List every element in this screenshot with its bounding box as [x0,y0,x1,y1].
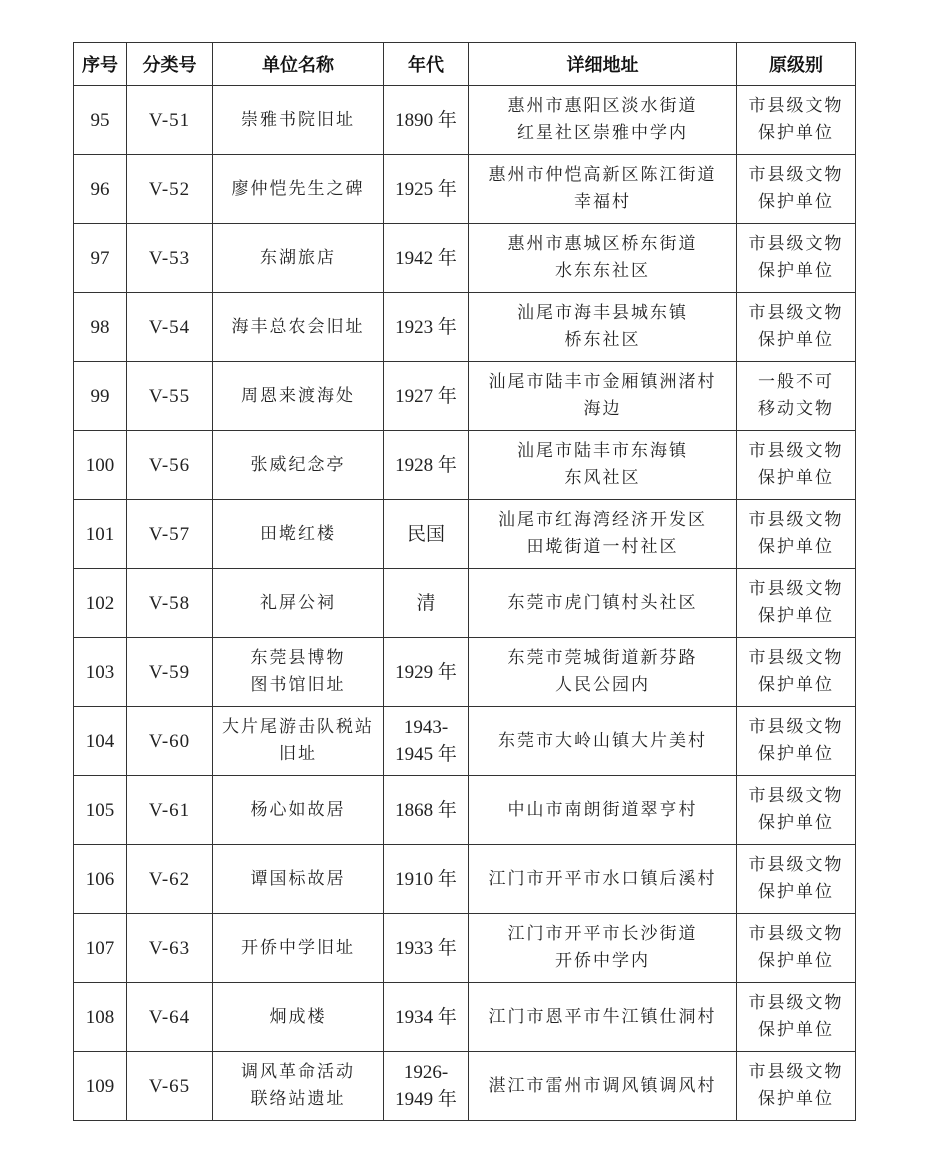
cell-address: 汕尾市海丰县城东镇桥东社区 [469,293,737,362]
cell-name-line: 海丰总农会旧址 [213,314,383,341]
cell-code: V-51 [127,86,213,155]
cell-name-line: 崇雅书院旧址 [213,107,383,134]
cell-name-line: 张威纪念亭 [213,452,383,479]
cell-era: 民国 [384,500,469,569]
cell-code: V-57 [127,500,213,569]
cell-no: 101 [74,500,127,569]
cell-era-line: 1945 年 [384,741,468,768]
cell-code: V-60 [127,707,213,776]
cell-era: 1928 年 [384,431,469,500]
cell-level-line: 市县级文物 [737,93,855,120]
cell-no: 104 [74,707,127,776]
cell-address-line: 开侨中学内 [469,948,736,975]
cell-era-line: 1929 年 [384,659,468,686]
cell-era-line: 民国 [384,521,468,548]
cell-name-line: 杨心如故居 [213,797,383,824]
cell-name-line: 谭国标故居 [213,866,383,893]
cell-level: 市县级文物保护单位 [737,707,856,776]
cell-era: 1926-1949 年 [384,1052,469,1121]
cell-address-line: 惠州市仲恺高新区陈江街道 [469,162,736,189]
cell-era-line: 1925 年 [384,176,468,203]
cell-name: 大片尾游击队税站旧址 [213,707,384,776]
cell-address: 东莞市虎门镇村头社区 [469,569,737,638]
cell-level-line: 市县级文物 [737,645,855,672]
cell-no: 107 [74,914,127,983]
cell-name-line: 图书馆旧址 [213,672,383,699]
cell-code: V-53 [127,224,213,293]
header-no: 序号 [74,43,127,86]
cell-address: 中山市南朗街道翠亨村 [469,776,737,845]
cell-name-line: 廖仲恺先生之碑 [213,176,383,203]
cell-name: 调风革命活动联络站遗址 [213,1052,384,1121]
cell-address: 惠州市仲恺高新区陈江街道幸福村 [469,155,737,224]
cell-no: 105 [74,776,127,845]
cell-no: 95 [74,86,127,155]
table-row: 109V-65调风革命活动联络站遗址1926-1949 年湛江市雷州市调风镇调风… [74,1052,856,1121]
cell-code: V-61 [127,776,213,845]
cell-no: 98 [74,293,127,362]
cell-address-line: 汕尾市陆丰市金厢镇洲渚村 [469,369,736,396]
cell-address-line: 红星社区崇雅中学内 [469,120,736,147]
cell-address-line: 桥东社区 [469,327,736,354]
cell-level-line: 市县级文物 [737,507,855,534]
cell-era-line: 1926- [384,1059,468,1086]
cell-code: V-63 [127,914,213,983]
cell-name: 东莞县博物图书馆旧址 [213,638,384,707]
cell-no: 103 [74,638,127,707]
table-row: 99V-55周恩来渡海处1927 年汕尾市陆丰市金厢镇洲渚村海边一般不可移动文物 [74,362,856,431]
cell-code: V-59 [127,638,213,707]
cell-address: 江门市恩平市牛江镇仕洞村 [469,983,737,1052]
cell-name-line: 旧址 [213,741,383,768]
cell-name: 周恩来渡海处 [213,362,384,431]
cell-era: 1933 年 [384,914,469,983]
cell-no: 108 [74,983,127,1052]
cell-name: 田墘红楼 [213,500,384,569]
cell-level: 市县级文物保护单位 [737,983,856,1052]
cell-address-line: 惠州市惠城区桥东街道 [469,231,736,258]
cell-era-line: 1927 年 [384,383,468,410]
cell-level-line: 保护单位 [737,189,855,216]
cell-level-line: 市县级文物 [737,1059,855,1086]
cell-name-line: 联络站遗址 [213,1086,383,1113]
header-address: 详细地址 [469,43,737,86]
cell-level-line: 保护单位 [737,948,855,975]
cell-level: 市县级文物保护单位 [737,224,856,293]
cell-level-line: 市县级文物 [737,438,855,465]
cell-level: 市县级文物保护单位 [737,293,856,362]
cell-no: 97 [74,224,127,293]
cell-no: 96 [74,155,127,224]
cell-code: V-65 [127,1052,213,1121]
cell-era-line: 1868 年 [384,797,468,824]
table-row: 95V-51崇雅书院旧址1890 年惠州市惠阳区淡水街道红星社区崇雅中学内市县级… [74,86,856,155]
cell-name-line: 东莞县博物 [213,645,383,672]
cell-level: 市县级文物保护单位 [737,776,856,845]
table-row: 96V-52廖仲恺先生之碑1925 年惠州市仲恺高新区陈江街道幸福村市县级文物保… [74,155,856,224]
cell-name: 崇雅书院旧址 [213,86,384,155]
table-row: 106V-62谭国标故居1910 年江门市开平市水口镇后溪村市县级文物保护单位 [74,845,856,914]
cell-name: 谭国标故居 [213,845,384,914]
cell-level: 市县级文物保护单位 [737,155,856,224]
cell-level-line: 保护单位 [737,1017,855,1044]
header-row: 序号 分类号 单位名称 年代 详细地址 原级别 [74,43,856,86]
cell-name-line: 东湖旅店 [213,245,383,272]
cell-address-line: 汕尾市海丰县城东镇 [469,300,736,327]
cell-level-line: 保护单位 [737,810,855,837]
cell-address-line: 湛江市雷州市调风镇调风村 [469,1073,736,1100]
cell-era: 清 [384,569,469,638]
cell-level-line: 保护单位 [737,672,855,699]
cell-level-line: 保护单位 [737,879,855,906]
cell-era: 1934 年 [384,983,469,1052]
cell-name: 开侨中学旧址 [213,914,384,983]
cell-code: V-64 [127,983,213,1052]
header-code: 分类号 [127,43,213,86]
cell-level-line: 市县级文物 [737,714,855,741]
cell-level: 市县级文物保护单位 [737,845,856,914]
cell-level: 市县级文物保护单位 [737,569,856,638]
cell-level-line: 保护单位 [737,327,855,354]
cell-name-line: 炯成楼 [213,1004,383,1031]
cell-name-line: 大片尾游击队税站 [213,714,383,741]
cell-address-line: 东莞市莞城街道新芬路 [469,645,736,672]
cell-era-line: 1942 年 [384,245,468,272]
cell-name: 海丰总农会旧址 [213,293,384,362]
cell-era: 1943-1945 年 [384,707,469,776]
cell-no: 109 [74,1052,127,1121]
cell-level-line: 保护单位 [737,603,855,630]
cell-level: 市县级文物保护单位 [737,500,856,569]
heritage-table: 序号 分类号 单位名称 年代 详细地址 原级别 95V-51崇雅书院旧址1890… [73,42,856,1121]
cell-code: V-55 [127,362,213,431]
cell-address: 东莞市莞城街道新芬路人民公园内 [469,638,737,707]
cell-address: 汕尾市陆丰市东海镇东风社区 [469,431,737,500]
cell-era-line: 1923 年 [384,314,468,341]
cell-level-line: 市县级文物 [737,162,855,189]
cell-era: 1868 年 [384,776,469,845]
cell-era-line: 1949 年 [384,1086,468,1113]
cell-level-line: 一般不可 [737,369,855,396]
cell-era-line: 1934 年 [384,1004,468,1031]
cell-level-line: 保护单位 [737,258,855,285]
cell-era: 1890 年 [384,86,469,155]
cell-name: 张威纪念亭 [213,431,384,500]
cell-era: 1929 年 [384,638,469,707]
cell-name-line: 周恩来渡海处 [213,383,383,410]
table-row: 100V-56张威纪念亭1928 年汕尾市陆丰市东海镇东风社区市县级文物保护单位 [74,431,856,500]
cell-name-line: 开侨中学旧址 [213,935,383,962]
cell-code: V-52 [127,155,213,224]
cell-level: 市县级文物保护单位 [737,1052,856,1121]
cell-address-line: 东风社区 [469,465,736,492]
cell-address-line: 汕尾市陆丰市东海镇 [469,438,736,465]
cell-name: 炯成楼 [213,983,384,1052]
cell-era: 1923 年 [384,293,469,362]
cell-address-line: 人民公园内 [469,672,736,699]
cell-level-line: 市县级文物 [737,921,855,948]
cell-address-line: 惠州市惠阳区淡水街道 [469,93,736,120]
cell-level: 市县级文物保护单位 [737,914,856,983]
cell-name-line: 田墘红楼 [213,521,383,548]
cell-address-line: 江门市恩平市牛江镇仕洞村 [469,1004,736,1031]
cell-address: 湛江市雷州市调风镇调风村 [469,1052,737,1121]
cell-level-line: 保护单位 [737,1086,855,1113]
cell-code: V-62 [127,845,213,914]
cell-no: 99 [74,362,127,431]
cell-level-line: 市县级文物 [737,783,855,810]
cell-level-line: 市县级文物 [737,300,855,327]
table-body: 95V-51崇雅书院旧址1890 年惠州市惠阳区淡水街道红星社区崇雅中学内市县级… [74,86,856,1121]
cell-level-line: 保护单位 [737,465,855,492]
cell-level-line: 市县级文物 [737,231,855,258]
cell-code: V-56 [127,431,213,500]
cell-era: 1925 年 [384,155,469,224]
cell-address: 汕尾市陆丰市金厢镇洲渚村海边 [469,362,737,431]
cell-name: 东湖旅店 [213,224,384,293]
cell-era-line: 清 [384,590,468,617]
cell-address-line: 水东东社区 [469,258,736,285]
table-row: 97V-53东湖旅店1942 年惠州市惠城区桥东街道水东东社区市县级文物保护单位 [74,224,856,293]
cell-level-line: 保护单位 [737,741,855,768]
cell-era: 1942 年 [384,224,469,293]
cell-address-line: 东莞市虎门镇村头社区 [469,590,736,617]
cell-no: 100 [74,431,127,500]
cell-level: 市县级文物保护单位 [737,431,856,500]
cell-era-line: 1890 年 [384,107,468,134]
cell-address-line: 江门市开平市水口镇后溪村 [469,866,736,893]
cell-address: 东莞市大岭山镇大片美村 [469,707,737,776]
cell-address-line: 江门市开平市长沙街道 [469,921,736,948]
cell-level-line: 保护单位 [737,120,855,147]
cell-level: 市县级文物保护单位 [737,86,856,155]
cell-level: 市县级文物保护单位 [737,638,856,707]
cell-address: 江门市开平市水口镇后溪村 [469,845,737,914]
cell-era-line: 1910 年 [384,866,468,893]
cell-era-line: 1943- [384,714,468,741]
cell-no: 106 [74,845,127,914]
cell-era: 1910 年 [384,845,469,914]
cell-address-line: 幸福村 [469,189,736,216]
header-level: 原级别 [737,43,856,86]
cell-level-line: 市县级文物 [737,990,855,1017]
cell-era-line: 1928 年 [384,452,468,479]
header-name: 单位名称 [213,43,384,86]
cell-name: 礼屏公祠 [213,569,384,638]
cell-address-line: 海边 [469,396,736,423]
cell-no: 102 [74,569,127,638]
cell-level: 一般不可移动文物 [737,362,856,431]
table-row: 102V-58礼屏公祠清东莞市虎门镇村头社区市县级文物保护单位 [74,569,856,638]
table-row: 104V-60大片尾游击队税站旧址1943-1945 年东莞市大岭山镇大片美村市… [74,707,856,776]
cell-address: 江门市开平市长沙街道开侨中学内 [469,914,737,983]
table-row: 107V-63开侨中学旧址1933 年江门市开平市长沙街道开侨中学内市县级文物保… [74,914,856,983]
cell-address-line: 汕尾市红海湾经济开发区 [469,507,736,534]
cell-name: 杨心如故居 [213,776,384,845]
cell-level-line: 市县级文物 [737,852,855,879]
table-row: 101V-57田墘红楼民国汕尾市红海湾经济开发区田墘街道一村社区市县级文物保护单… [74,500,856,569]
cell-name: 廖仲恺先生之碑 [213,155,384,224]
cell-level-line: 移动文物 [737,396,855,423]
cell-address-line: 东莞市大岭山镇大片美村 [469,728,736,755]
cell-code: V-54 [127,293,213,362]
cell-era-line: 1933 年 [384,935,468,962]
cell-level-line: 保护单位 [737,534,855,561]
table-row: 103V-59东莞县博物图书馆旧址1929 年东莞市莞城街道新芬路人民公园内市县… [74,638,856,707]
cell-code: V-58 [127,569,213,638]
header-era: 年代 [384,43,469,86]
table-row: 98V-54海丰总农会旧址1923 年汕尾市海丰县城东镇桥东社区市县级文物保护单… [74,293,856,362]
table-row: 108V-64炯成楼1934 年江门市恩平市牛江镇仕洞村市县级文物保护单位 [74,983,856,1052]
table-row: 105V-61杨心如故居1868 年中山市南朗街道翠亨村市县级文物保护单位 [74,776,856,845]
cell-address: 汕尾市红海湾经济开发区田墘街道一村社区 [469,500,737,569]
cell-name-line: 调风革命活动 [213,1059,383,1086]
cell-address-line: 中山市南朗街道翠亨村 [469,797,736,824]
cell-address-line: 田墘街道一村社区 [469,534,736,561]
cell-era: 1927 年 [384,362,469,431]
cell-address: 惠州市惠阳区淡水街道红星社区崇雅中学内 [469,86,737,155]
cell-level-line: 市县级文物 [737,576,855,603]
cell-name-line: 礼屏公祠 [213,590,383,617]
cell-address: 惠州市惠城区桥东街道水东东社区 [469,224,737,293]
